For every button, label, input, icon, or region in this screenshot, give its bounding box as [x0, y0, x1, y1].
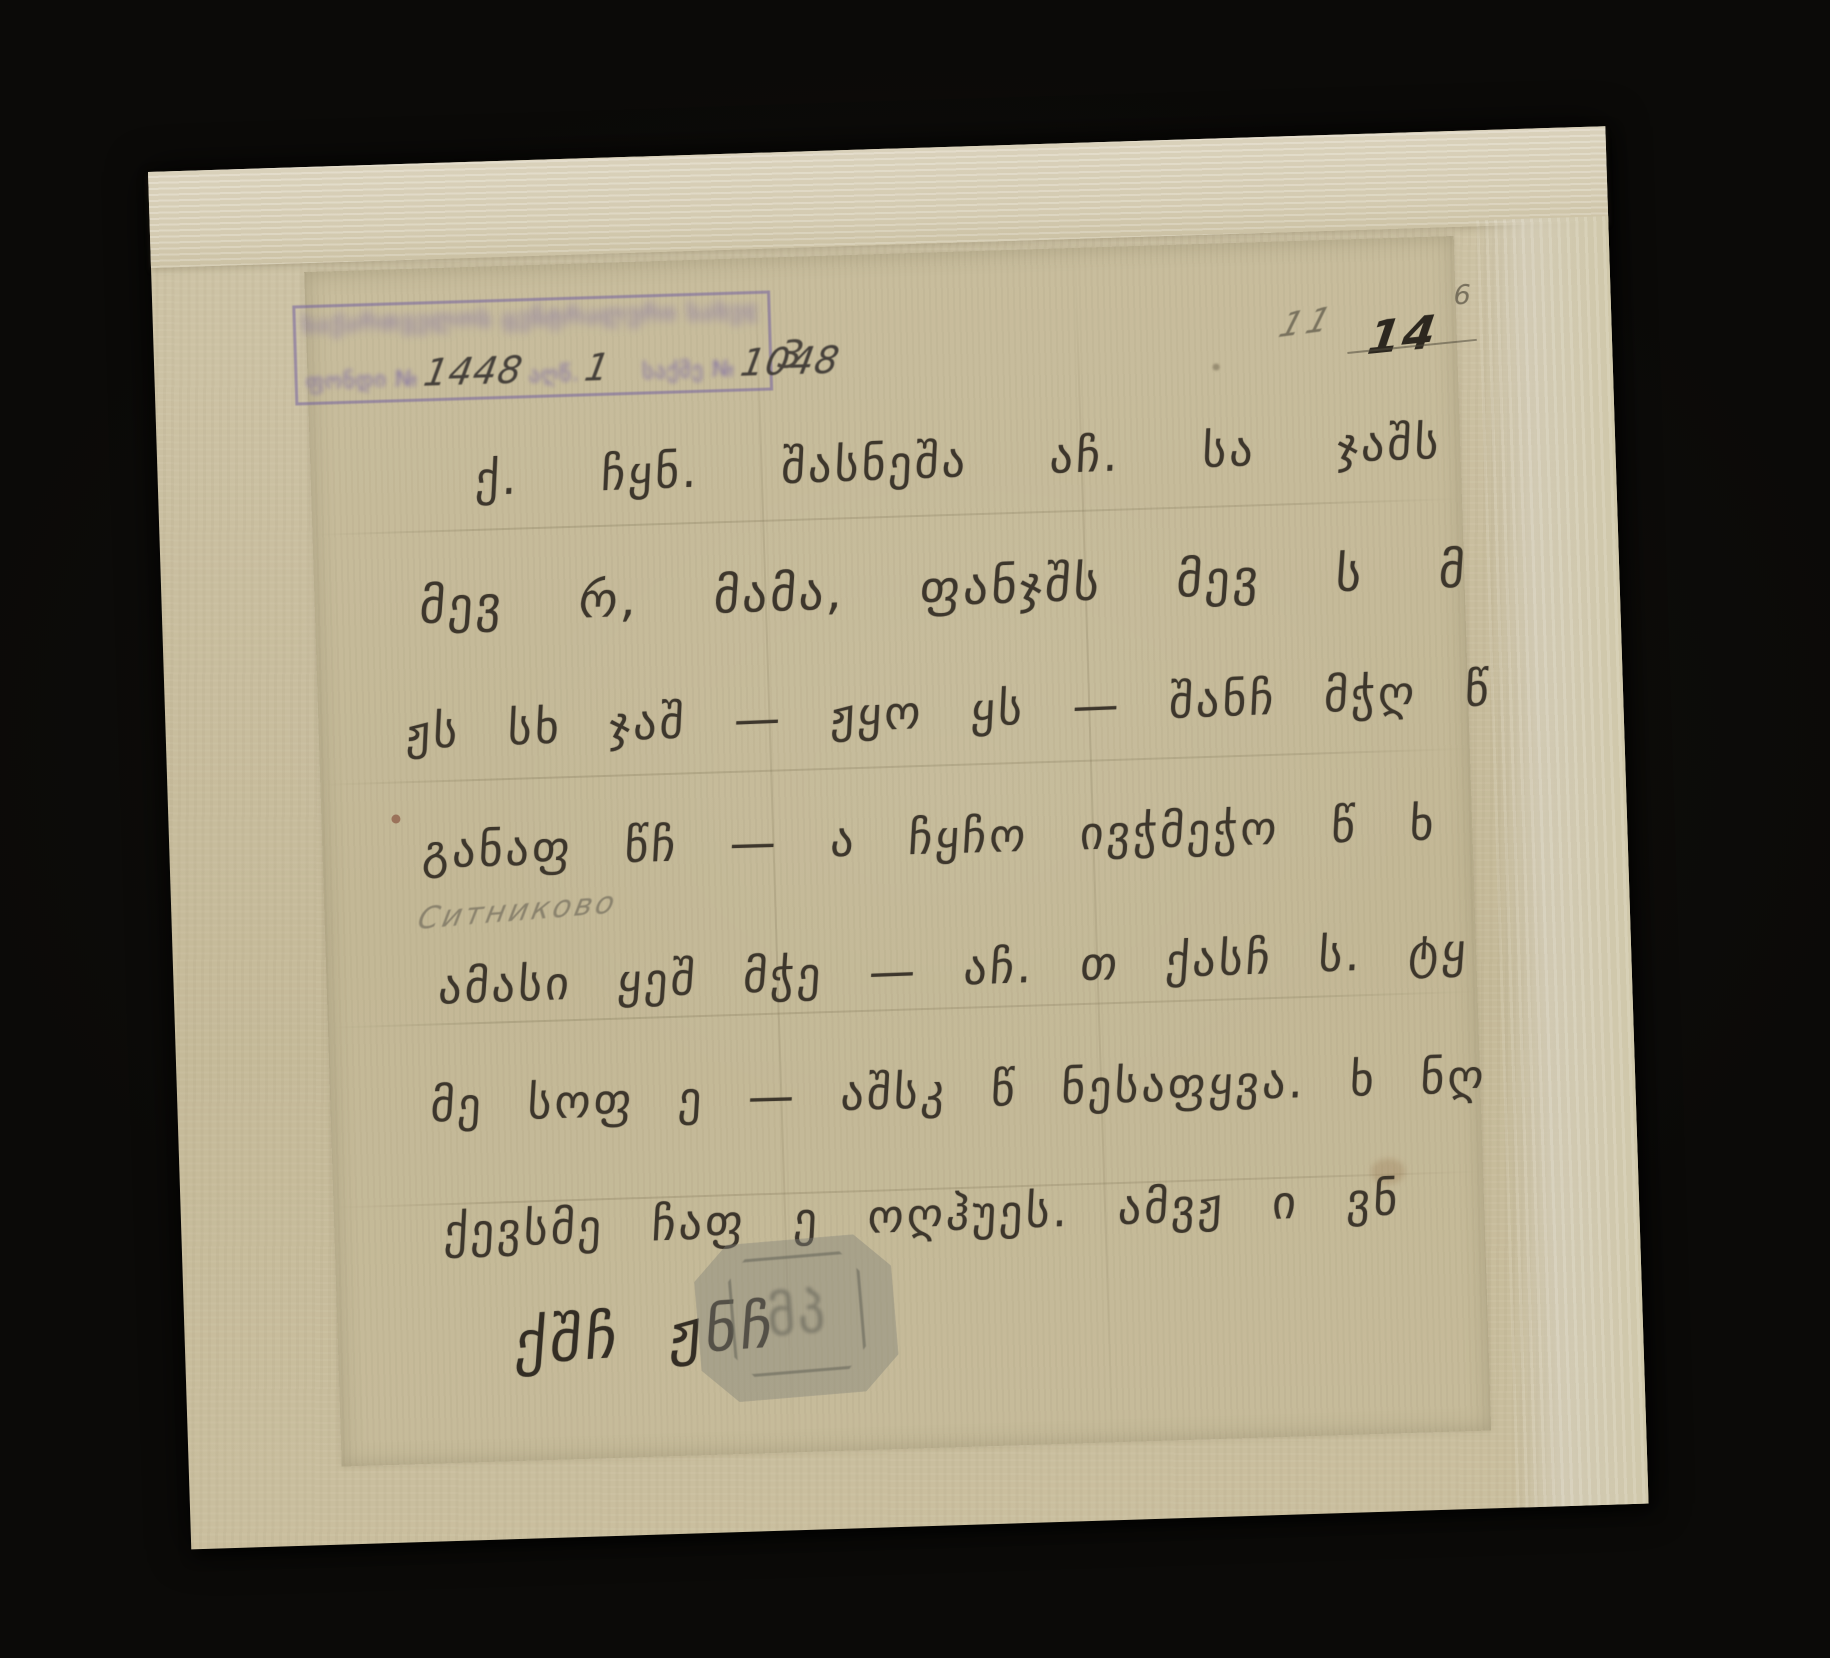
ink-page-number: 14: [1364, 304, 1441, 365]
fond-number: 1448: [421, 348, 527, 394]
seal-monogram: მპ: [765, 1280, 830, 1348]
document-mount: 11 14 6 ქ. ჩყნ. შასნეშა აჩ. სა ჯაშს მევ …: [148, 126, 1649, 1549]
backing-strip-right: [1476, 216, 1648, 1508]
handwritten-line: განაფ წჩ — ა ჩყჩო ივჭმეჭო წ ხ: [421, 797, 1438, 879]
superscript-page-number: 6: [1451, 279, 1474, 311]
fond-label: ფონდი №: [305, 367, 419, 396]
seal-inner-border: მპ: [726, 1250, 867, 1379]
archive-stamp: საქართველოს ცენტრალური სახელმწიფო საისტო…: [292, 291, 773, 406]
pencil-annotation: Ситниково: [415, 885, 621, 937]
stamp-fields-row: ფონდი № 1448 აღწ. 1 საქმე № 1048: [305, 340, 776, 398]
photo-background: 11 14 6 ქ. ჩყნ. შასნეშა აჩ. სა ჯაშს მევ …: [0, 0, 1830, 1658]
handwritten-line: ქ. ჩყნ. შასნეშა აჩ. სა ჯაშს: [474, 415, 1443, 506]
paper-stain: [1213, 363, 1220, 370]
ink-speck: [391, 814, 400, 823]
handwritten-line: ჟს სხ ჯაშ — ჟყო ყს — შანჩ მჭღ წ: [405, 662, 1493, 760]
stamp-header-text: საქართველოს ცენტრალური სახელმწიფო საისტო…: [301, 296, 757, 338]
letter-sheet: 11 14 6 ქ. ჩყნ. შასნეშა აჩ. სა ჯაშს მევ …: [304, 236, 1491, 1467]
case-label: საქმე №: [642, 357, 736, 385]
handwritten-line: ქევსმე ჩაფ ე ოღჰუეს. ამვჟ ი ვნ: [443, 1171, 1402, 1259]
handwritten-line: მე სოფ ე — აშსკ წ ნესაფყვა. ხ ნღ: [429, 1049, 1488, 1133]
inventory-label: აღწ.: [529, 362, 581, 389]
pencil-page-number: 11: [1274, 299, 1339, 346]
handwritten-line: ამასი ყეშ მჭე — აჩ. თ ქასჩ ს. ტყ: [437, 923, 1471, 1015]
inventory-number: 1: [582, 345, 614, 389]
wax-seal-imprint: მპ: [691, 1231, 902, 1405]
handwritten-line: მევ რ, მამა, ფანჯშს მევ ს მ: [418, 542, 1470, 636]
